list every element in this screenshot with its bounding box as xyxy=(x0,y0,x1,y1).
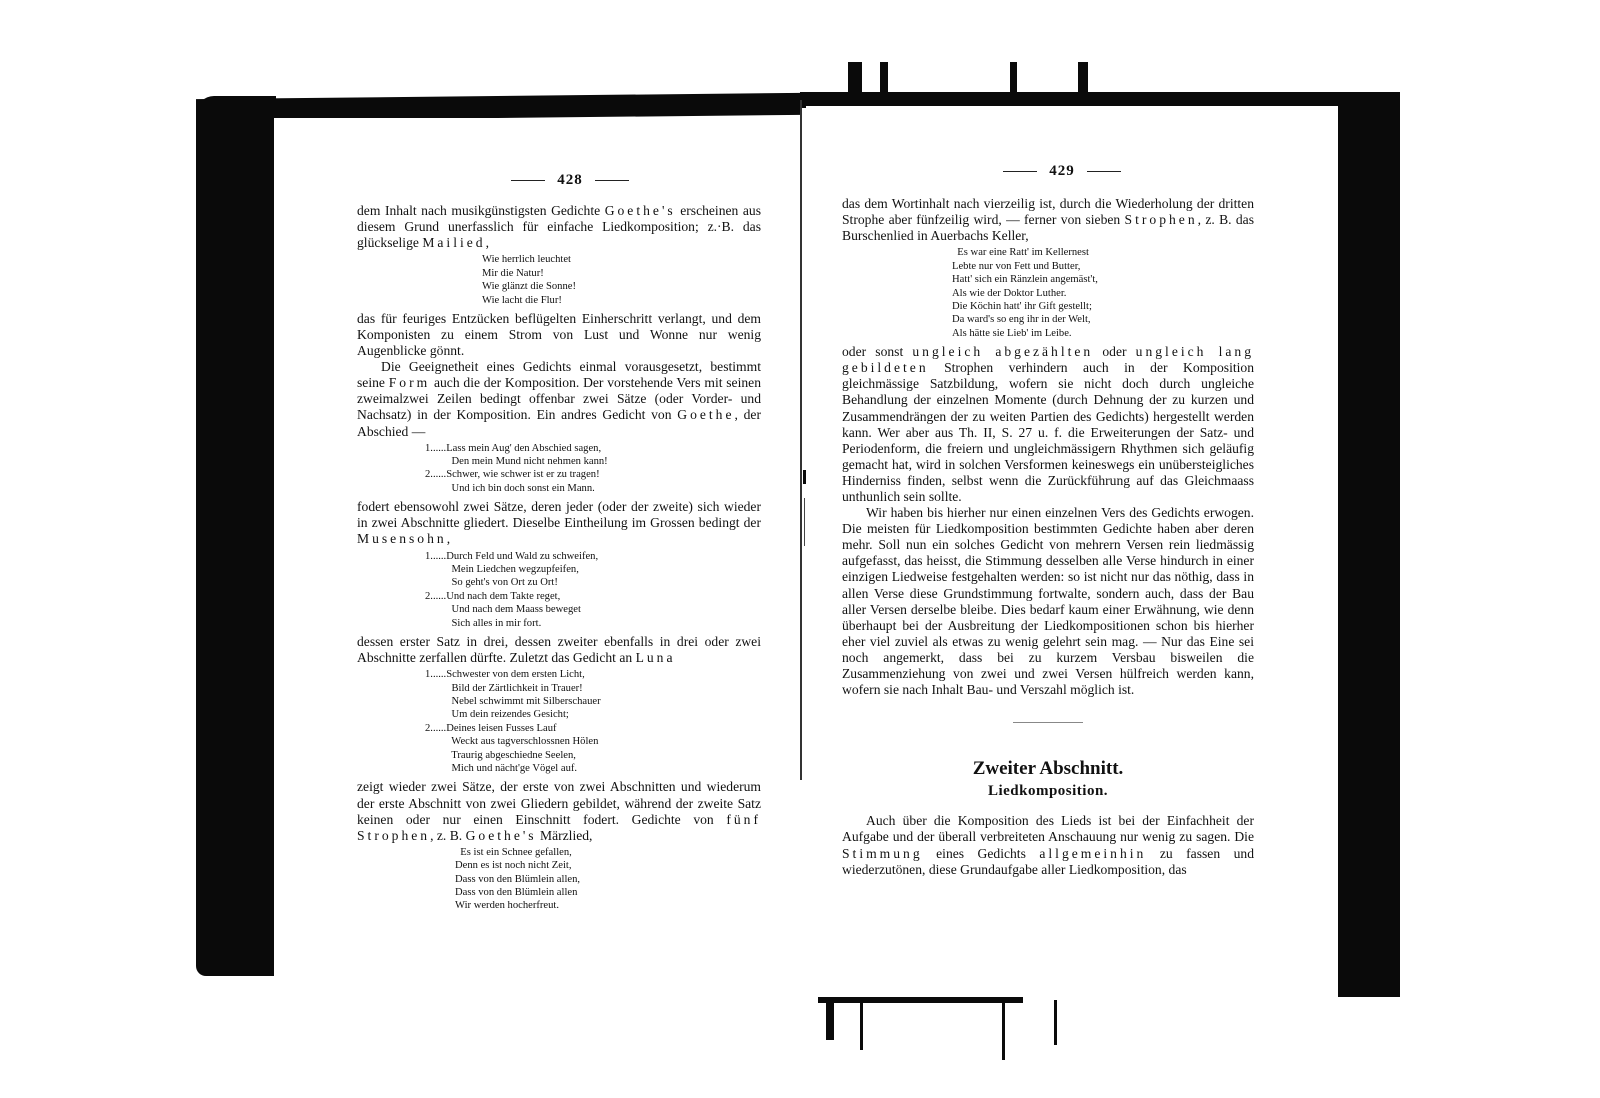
spaced-emphasis: allgemeinhin xyxy=(1039,846,1146,861)
poem-quote: Es war eine Ratt' im KellernestLebte nur… xyxy=(842,246,1254,340)
page-number-text: 428 xyxy=(557,172,583,188)
paragraph: fodert ebensowohl zwei Sätze, deren jede… xyxy=(357,499,761,547)
poem-line: Denn es ist noch nicht Zeit, xyxy=(455,859,761,872)
poem-line: Nebel schwimmt mit Silberschauer xyxy=(425,695,761,708)
poem-line: 2......Schwer, wie schwer ist er zu trag… xyxy=(425,468,761,481)
poem-line: Wie lacht die Flur! xyxy=(482,294,761,307)
text-run: Wir haben bis hierher nur einen einzelne… xyxy=(842,505,1254,697)
poem-line: Dass von den Blümlein allen, xyxy=(455,873,761,886)
poem-line: Und ich bin doch sonst ein Mann. xyxy=(425,482,761,495)
text-run: zeigt wieder zwei Sätze, der erste von z… xyxy=(357,779,761,826)
paragraph: das dem Wortinhalt nach vierzeilig ist, … xyxy=(842,196,1254,244)
poem-line: Wie herrlich leuchtet xyxy=(482,253,761,266)
spaced-emphasis: ungleich abgezählten xyxy=(912,344,1093,359)
paragraph: oder sonst ungleich abgezählten oder ung… xyxy=(842,344,1254,505)
poem-line: Sich alles in mir fort. xyxy=(425,617,761,630)
text-run: eines Gedichts xyxy=(923,846,1040,861)
paragraph: Wir haben bis hierher nur einen einzelne… xyxy=(842,505,1254,698)
book-edge-left xyxy=(196,96,276,976)
book-bottom-ledge xyxy=(818,997,1023,1003)
poem-quote: 1......Durch Feld und Wald zu schweifen,… xyxy=(357,550,761,630)
poem-line: Mich und nächt'ge Vögel auf. xyxy=(425,762,761,775)
right-page-number: 429 xyxy=(952,163,1172,180)
poem-line: 1......Durch Feld und Wald zu schweifen, xyxy=(425,550,761,563)
book-bottom-tab-3 xyxy=(1002,1000,1005,1060)
left-page-number: 428 xyxy=(460,172,680,189)
poem-line: 1......Lass mein Aug' den Abschied sagen… xyxy=(425,442,761,455)
poem-quote: 1......Schwester von dem ersten Licht, B… xyxy=(357,668,761,775)
left-page-body: dem Inhalt nach musikgünstigsten Gedicht… xyxy=(357,203,761,917)
poem-quote: Wie herrlich leuchtetMir die Natur!Wie g… xyxy=(357,253,761,307)
poem-line: Die Köchin hatt' ihr Gift gestellt; xyxy=(952,300,1254,313)
poem-line: Lebte nur von Fett und Butter, xyxy=(952,260,1254,273)
book-tab-4 xyxy=(1078,62,1088,98)
page-number-text: 429 xyxy=(1049,163,1075,179)
book-tab-1 xyxy=(848,62,862,98)
spaced-emphasis: Goethe's xyxy=(466,828,537,843)
paragraph: dessen erster Satz in drei, dessen zweit… xyxy=(357,634,761,666)
poem-line: Traurig abgeschiedne Seelen, xyxy=(425,749,761,762)
book-bottom-tab-1 xyxy=(826,1000,834,1040)
poem-line: Da ward's so eng ihr in der Welt, xyxy=(952,313,1254,326)
spaced-emphasis: Mailied xyxy=(422,235,485,250)
right-page-body: das dem Wortinhalt nach vierzeilig ist, … xyxy=(842,196,1254,878)
text-run: Auch über die Komposition des Lieds ist … xyxy=(842,813,1254,844)
poem-line: Es war eine Ratt' im Kellernest xyxy=(952,246,1254,259)
text-run: Märzlied, xyxy=(537,828,593,843)
margin-line xyxy=(804,498,805,546)
poem-line: Als wie der Doktor Luther. xyxy=(952,287,1254,300)
book-bottom-tab-2 xyxy=(860,1000,863,1050)
book-bottom-tab-4 xyxy=(1054,1000,1057,1045)
spaced-emphasis: Stimmung xyxy=(842,846,923,861)
text-run: , z. B. xyxy=(430,828,466,843)
spaced-emphasis: Form xyxy=(389,375,430,390)
text-run: oder xyxy=(1093,344,1135,359)
paragraph: Auch über die Komposition des Lieds ist … xyxy=(842,813,1254,877)
book-scan: 428 dem Inhalt nach musikgünstigsten Ged… xyxy=(0,0,1600,1098)
spaced-emphasis: Musensohn xyxy=(357,531,447,546)
spaced-emphasis: Goethe's xyxy=(605,203,676,218)
section-divider xyxy=(1013,722,1083,723)
spaced-emphasis: Luna xyxy=(636,650,676,665)
book-edge-top-left xyxy=(196,93,801,121)
text-run: fodert ebensowohl zwei Sätze, deren jede… xyxy=(357,499,761,530)
poem-line: Als hätte sie Lieb' im Leibe. xyxy=(952,327,1254,340)
poem-line: So geht's von Ort zu Ort! xyxy=(425,576,761,589)
text-run: das für feuriges Entzücken beflügelten E… xyxy=(357,311,761,358)
poem-line: Es ist ein Schnee gefallen, xyxy=(455,846,761,859)
paragraph: Die Geeignetheit eines Gedichts einmal v… xyxy=(357,359,761,439)
text-run: , xyxy=(486,235,489,250)
poem-line: Und nach dem Maass beweget xyxy=(425,603,761,616)
paragraph: dem Inhalt nach musikgünstigsten Gedicht… xyxy=(357,203,761,251)
text-run: dessen erster Satz in drei, dessen zweit… xyxy=(357,634,761,665)
text-run: Strophen verhindern auch in der Komposit… xyxy=(842,360,1254,504)
paragraph: zeigt wieder zwei Sätze, der erste von z… xyxy=(357,779,761,843)
poem-line: Bild der Zärtlichkeit in Trauer! xyxy=(425,682,761,695)
text-run: dem Inhalt nach musikgünstigsten Gedicht… xyxy=(357,203,605,218)
book-tab-3 xyxy=(1010,62,1017,98)
poem-line: Mir die Natur! xyxy=(482,267,761,280)
poem-line: 1......Schwester von dem ersten Licht, xyxy=(425,668,761,681)
poem-line: Um dein reizendes Gesicht; xyxy=(425,708,761,721)
spaced-emphasis: Goethe xyxy=(677,407,734,422)
paragraph: das für feuriges Entzücken beflügelten E… xyxy=(357,311,761,359)
poem-line: Wir werden hocherfreut. xyxy=(455,899,761,912)
book-tab-2 xyxy=(880,62,888,98)
poem-line: Weckt aus tagverschlossnen Hölen xyxy=(425,735,761,748)
poem-line: Mein Liedchen wegzupfeifen, xyxy=(425,563,761,576)
text-run: , xyxy=(447,531,450,546)
poem-line: Den mein Mund nicht nehmen kann! xyxy=(425,455,761,468)
book-gutter xyxy=(800,100,802,780)
poem-line: Hatt' sich ein Ränzlein angemäst't, xyxy=(952,273,1254,286)
poem-line: 2......Und nach dem Takte reget, xyxy=(425,590,761,603)
margin-mark xyxy=(803,470,806,484)
poem-line: Wie glänzt die Sonne! xyxy=(482,280,761,293)
poem-quote: 1......Lass mein Aug' den Abschied sagen… xyxy=(357,442,761,496)
section-subheading: Liedkomposition. xyxy=(842,783,1254,799)
poem-line: 2......Deines leisen Fusses Lauf xyxy=(425,722,761,735)
section-heading: Zweiter Abschnitt. xyxy=(842,761,1254,777)
book-edge-right xyxy=(1338,92,1400,997)
poem-quote: Es ist ein Schnee gefallen,Denn es ist n… xyxy=(357,846,761,913)
text-run: oder sonst xyxy=(842,344,912,359)
poem-line: Dass von den Blümlein allen xyxy=(455,886,761,899)
spaced-emphasis: Strophen xyxy=(1125,212,1198,227)
